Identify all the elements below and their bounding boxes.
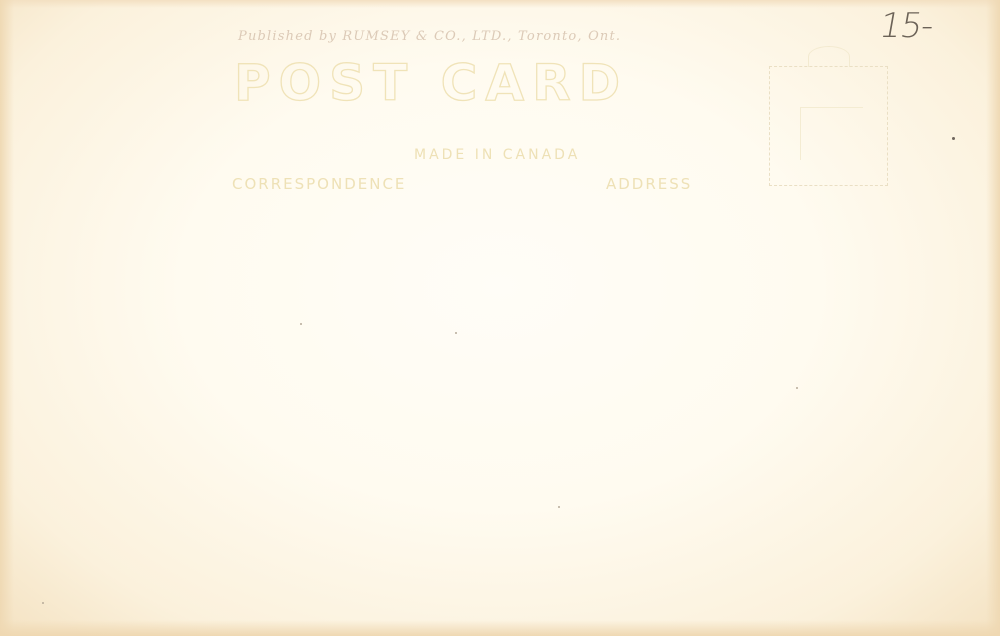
handwritten-price: 15-	[876, 6, 936, 46]
correspondence-label: CORRESPONDENCE	[232, 175, 406, 193]
made-in-label: MADE IN CANADA	[414, 147, 580, 163]
paper-speck	[300, 323, 302, 325]
stamp-crown-icon	[808, 46, 850, 67]
post-card-title: POST CARD	[234, 58, 628, 108]
paper-edge-bottom	[0, 620, 1000, 636]
publisher-line: Published by RUMSEY & CO., LTD., Toronto…	[238, 29, 621, 44]
paper-speck	[952, 137, 955, 140]
paper-speck	[42, 602, 44, 604]
paper-speck	[455, 332, 457, 334]
paper-edge-left	[0, 0, 14, 636]
address-label: ADDRESS	[606, 175, 692, 193]
postcard-back: Published by RUMSEY & CO., LTD., Toronto…	[0, 0, 1000, 636]
stamp-box-inner-mark	[800, 107, 863, 160]
stamp-box	[769, 66, 888, 186]
paper-edge-right	[986, 0, 1000, 636]
paper-speck	[558, 506, 560, 508]
paper-edge-top	[0, 0, 1000, 8]
paper-speck	[796, 387, 798, 389]
